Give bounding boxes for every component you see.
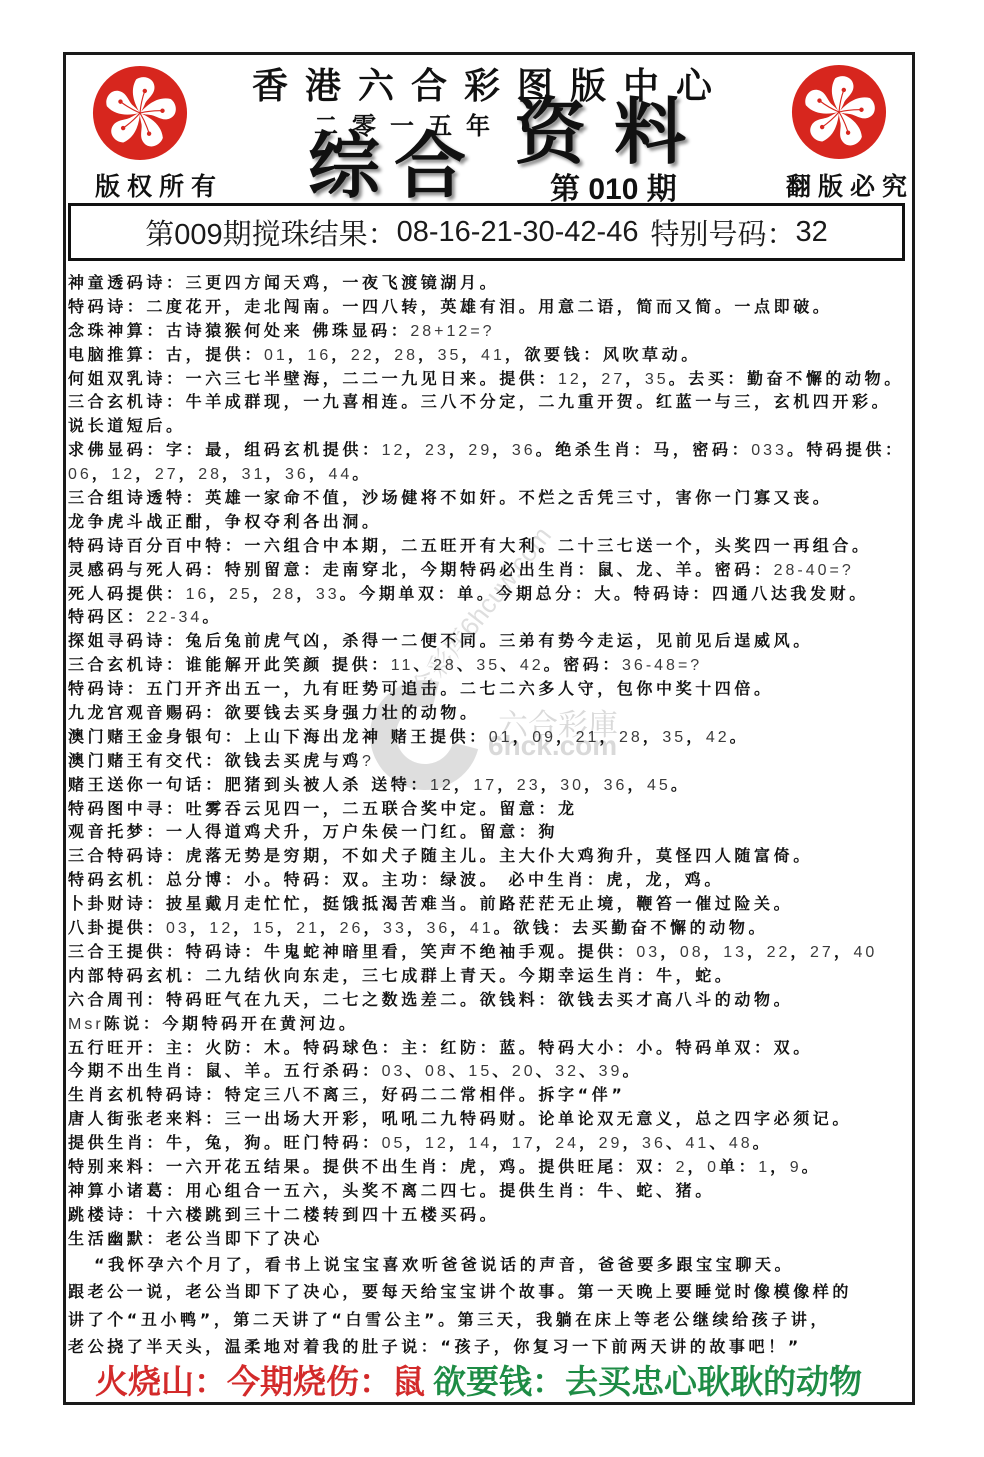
info-line: 内部特码玄机：二九结伙向东走，三七成群上青天。今期幸运生肖：牛，蛇。 [68,964,908,988]
story-line: “我怀孕六个月了，看书上说宝宝喜欢听爸爸说话的声音，爸爸要多跟宝宝聊天。 [68,1251,908,1278]
bauhinia-emblem-icon [791,64,887,160]
info-line: 五行旺开：主：火防：木。特码球色：主：红防：蓝。特码大小：小。特码单双：双。 [68,1036,908,1060]
info-line: 三合组诗透特：英雄一家命不值，沙场健将不如奸。不烂之舌凭三寸，害你一门寡又丧。 [68,486,908,510]
info-line: 特码图中寻：吐雾吞云见四一，二五联合奖中定。留意：龙 [68,797,908,821]
info-line: 灵感码与死人码：特别留意：走南穿北，今期特码必出生肖：鼠、龙、羊。密码：28-4… [68,558,908,582]
banner-green-text: 欲要钱：去买忠心耿耿的动物 [433,1362,862,1401]
info-line: 电脑推算：古，提供：01，16，22，28，35，41，欲要钱：风吹草动。 [68,343,908,367]
draw-result-box: 第009期搅珠结果： 08-16-21-30-42-46 特别号码： 32 [68,203,905,261]
info-line: Msr陈说：今期特码开在黄河边。 [68,1012,908,1036]
info-line: 特码诗：五门开齐出五一，九有旺势可追击。二七二六多人守，包你中奖十四倍。 [68,677,908,701]
special-number-label: 特别号码： [650,212,795,253]
info-line: 卜卦财诗：披星戴月走忙忙，挺饿抵渴苦难当。前路茫茫无止境，鞭笞一催过险关。 [68,892,908,916]
info-line: 龙争虎斗战正酣，争权夺利各出洞。 [68,510,908,534]
draw-result-label: 第009期搅珠结果： [145,212,396,253]
info-line: 赌王送你一句话：肥猪到头被人杀 送特：12，17，23，30，36，45。 [68,773,908,797]
bauhinia-emblem-icon [92,65,188,161]
info-line: 观音托梦：一人得道鸡犬升，万户朱侯一门红。留意：狗 [68,820,908,844]
info-line: 特码玄机：总分博：小。特码：双。主功：绿波。 必中生肖：虎，龙，鸡。 [68,868,908,892]
info-line: 三合王提供：特码诗：牛鬼蛇神暗里看，笑声不绝袖手观。提供：03，08，13，22… [68,940,908,964]
banner-red-text: 火烧山：今期烧伤：鼠 [95,1362,425,1401]
anti-piracy-caption: 翻版必究 [786,167,914,203]
info-line: 三合玄机诗：谁能解开此笑颜 提供：11、28、35、42。密码：36-48=? [68,653,908,677]
story-line: 老公挠了半天头，温柔地对着我的肚子说：“孩子，你复习一下前两天讲的故事吧！” [68,1333,908,1360]
copyright-caption: 版权所有 [95,167,223,203]
info-line: 澳门赌王有交代：欲钱去买虎与鸡? [68,749,908,773]
info-line: 生活幽默：老公当即下了决心 [68,1227,908,1251]
story-line: 讲了个“丑小鸭”，第二天讲了“白雪公主”。第三天，我躺在床上等老公继续给孩子讲， [68,1306,908,1333]
info-line: 特码诗：二度花开，走北闯南。一四八转，英雄有泪。用意二语，简而又简。一点即破。 [68,295,908,319]
info-line: 跳楼诗：十六楼跳到三十二楼转到四十五楼买码。 [68,1203,908,1227]
info-line: 澳门赌王金身银句：上山下海出龙神 赌王提供：01，09，21，28，35，42。 [68,725,908,749]
info-line: 生肖玄机特码诗：特定三八不离三，好码二二常相伴。拆字“伴” [68,1083,908,1107]
info-line: 何姐双乳诗：一六三七半壁海，二二一九见日来。提供：12，27，35。去买：勤奋不… [68,367,908,391]
info-line: 九龙宫观音赐码：欲要钱去买身强力壮的动物。 [68,701,908,725]
issue-number: 第 010 期 [550,164,677,208]
story-line: 跟老公一说，老公当即下了决心，要每天给宝宝讲个故事。第一天晚上要睡觉时像模像样的 [68,1278,908,1305]
info-line: 今期不出生肖：鼠、羊。五行杀码：03、08、15、20、32、39。 [68,1059,908,1083]
big-title-left: 综合 [308,130,480,202]
info-line: 探姐寻码诗：兔后兔前虎气凶，杀得一二便不同。三弟有势今走运，见前见后逞威风。 [68,629,908,653]
big-title-right: 资料 [514,96,714,168]
draw-result-numbers: 08-16-21-30-42-46 [397,216,639,249]
info-line: 06，12，27，28，31，36，44。 [68,462,908,486]
info-line: 神算小诸葛：用心组合一五六，头奖不离二四七。提供生肖：牛、蛇、猪。 [68,1179,908,1203]
info-line: 三合玄机诗：牛羊成群现，一九喜相连。三八不分定，二九重开贺。红蓝一与三，玄机四开… [68,390,908,414]
info-lines: 神童透码诗：三更四方闻天鸡，一夜飞渡镜湖月。 特码诗：二度花开，走北闯南。一四八… [68,271,908,1251]
info-line: 提供生肖：牛，兔，狗。旺门特码：05，12，14，17，24，29，36、41、… [68,1131,908,1155]
info-line: 死人码提供：16，25，28，33。今期单双：单。今期总分：大。特码诗：四通八达… [68,582,908,606]
info-line: 神童透码诗：三更四方闻天鸡，一夜飞渡镜湖月。 [68,271,908,295]
info-line: 特别来料：一六开花五结果。提供不出生肖：虎，鸡。提供旺尾：双：2，0单：1，9。 [68,1155,908,1179]
info-line: 八卦提供：03，12，15，21，26，33，36，41。欲钱：去买勤奋不懈的动… [68,916,908,940]
info-line: 特码诗百分百中特：一六组合中本期，二五旺开有大利。二十三七送一个，头奖四一再组合… [68,534,908,558]
humor-story: “我怀孕六个月了，看书上说宝宝喜欢听爸爸说话的声音，爸爸要多跟宝宝聊天。 跟老公… [68,1251,908,1361]
special-number: 32 [795,216,827,249]
bottom-banner: 火烧山：今期烧伤：鼠欲要钱：去买忠心耿耿的动物 [95,1360,862,1404]
info-line: 说长道短后。 [68,414,908,438]
info-line: 六合周刊：特码旺气在九天，二七之数选差二。欲钱料：欲钱去买才高八斗的动物。 [68,988,908,1012]
info-line: 念珠神算：古诗猿猴何处来 佛珠显码：28+12=? [68,319,908,343]
info-line: 三合特码诗：虎落无势是穷期，不如犬子随主儿。主大仆大鸡狗升，莫怪四人随富倚。 [68,844,908,868]
info-line: 求佛显码：字：最，组码玄机提供：12，23，29，36。绝杀生肖：马，密码：03… [68,438,908,462]
info-line: 唐人街张老来料：三一出场大开彩，吼吼二九特码财。论单论双无意义，总之四字必须记。 [68,1107,908,1131]
info-line: 特码区：22-34。 [68,605,908,629]
